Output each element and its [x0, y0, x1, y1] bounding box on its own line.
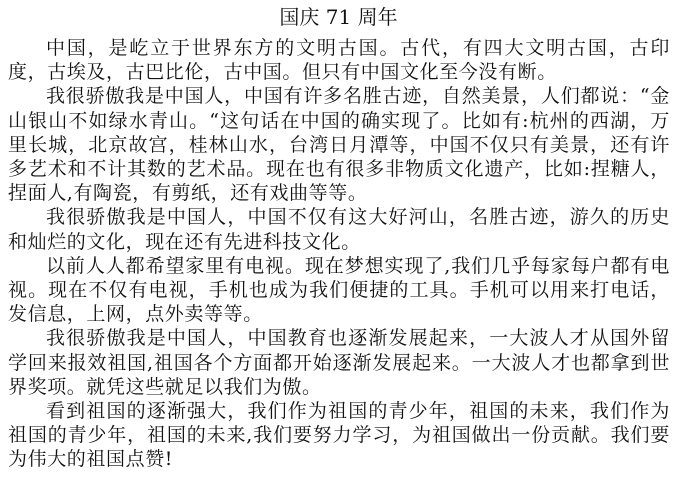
document-body: 中国，是屹立于世界东方的文明古国。古代，有四大文明古国，古印度，古埃及，古巴比伦… [8, 36, 670, 472]
paragraph-intro: 中国，是屹立于世界东方的文明古国。古代，有四大文明古国，古印度，古埃及，古巴比伦… [8, 36, 670, 84]
paragraph-education: 我很骄傲我是中国人，中国教育也逐渐发展起来，一大波人才从国外留学回来报效祖国,祖… [8, 326, 670, 399]
paragraph-conclusion: 看到祖国的逐渐强大，我们作为祖国的青少年，祖国的未来，我们作为祖国的青少年，祖国… [8, 399, 670, 472]
document-title: 国庆 71 周年 [0, 4, 677, 30]
paragraph-technology: 以前人人都希望家里有电视。现在梦想实现了,我们几乎每家每户都有电视。现在不仅有电… [8, 254, 670, 327]
paragraph-culture: 我很骄傲我是中国人，中国不仅有这大好河山，名胜古迹，游久的历史和灿烂的文化，现在… [8, 205, 670, 253]
paragraph-scenery: 我很骄傲我是中国人，中国有许多名胜古迹，自然美景，人们都说：“金山银山不如绿水青… [8, 84, 670, 205]
